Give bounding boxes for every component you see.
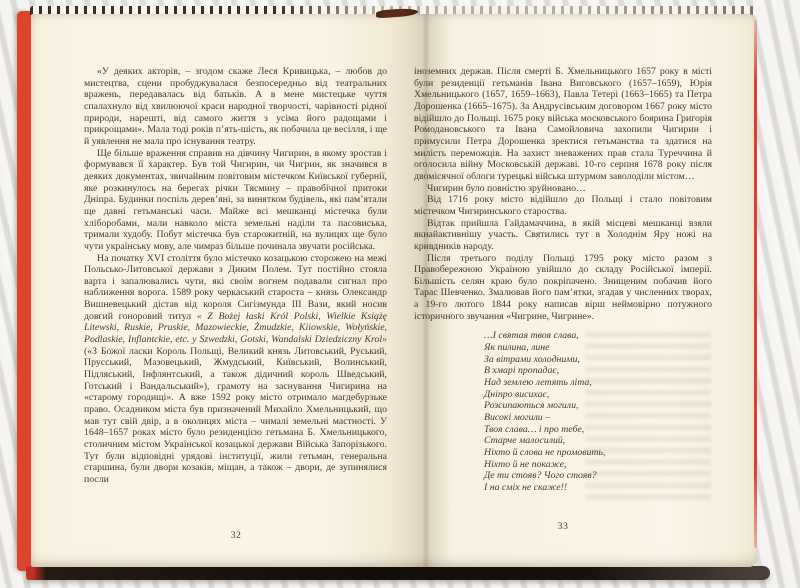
book-cover-right-edge: [754, 20, 757, 548]
open-book-photo: «У деяких акторів, – згодом скаже Леся К…: [0, 0, 800, 588]
poem-line: Твоя слава… і про тебе,: [484, 424, 712, 436]
poem-line: За вітрами холодними,: [484, 354, 712, 366]
paragraph: Після третього поділу Польщі 1795 року м…: [414, 253, 712, 323]
paragraph-segment: («З Божої ласки Король Польщі, Великий к…: [84, 346, 387, 485]
paragraph: Ще більше враження справив на дівчину Чи…: [84, 148, 387, 253]
poem-line: І на сміх не скаже!!: [484, 482, 712, 494]
poem-line: Старче малосилий,: [484, 435, 712, 447]
book-cover-left-edge: [17, 11, 32, 571]
poem-line: Дніпро висихає,: [484, 389, 712, 401]
poem-line: В хмарі пропадає,: [484, 365, 712, 377]
paragraph: Відтак прийшла Гайдамаччина, в якій місц…: [414, 218, 712, 253]
poem-block: …І святая твоя слава, Як пилина, лине За…: [484, 330, 712, 493]
paragraph: Від 1716 року місто відійшло до Польщі і…: [414, 194, 712, 217]
left-page-text: «У деяких акторів, – згодом скаже Леся К…: [84, 66, 387, 486]
poem-line: …І святая твоя слава,: [484, 330, 712, 342]
paragraph: іноземних держав. Після смерті Б. Хмельн…: [414, 66, 712, 183]
poem-line: Розсипаються могили,: [484, 400, 712, 412]
poem-line: Як пилина, лине: [484, 342, 712, 354]
poem-line: Над землею летять літа,: [484, 377, 712, 389]
paragraph: На початку XVI століття було містечко ко…: [84, 253, 387, 486]
poem-line: Де ти стояв? Чого стояв?: [484, 470, 712, 482]
page-number-left: 32: [206, 530, 266, 541]
poem-line: Ніхто й не покаже,: [484, 459, 712, 471]
page-block-bottom-edge: [26, 566, 770, 580]
right-page-text: іноземних держав. Після смерті Б. Хмельн…: [414, 66, 712, 494]
paragraph: «У деяких акторів, – згодом скаже Леся К…: [84, 66, 387, 148]
poem-line: Високі могили –: [484, 412, 712, 424]
paragraph: Чигирин було повністю зруйновано…: [414, 183, 712, 195]
poem-line: Ніхто й слова не промовить,: [484, 447, 712, 459]
page-number-right: 33: [533, 521, 593, 532]
